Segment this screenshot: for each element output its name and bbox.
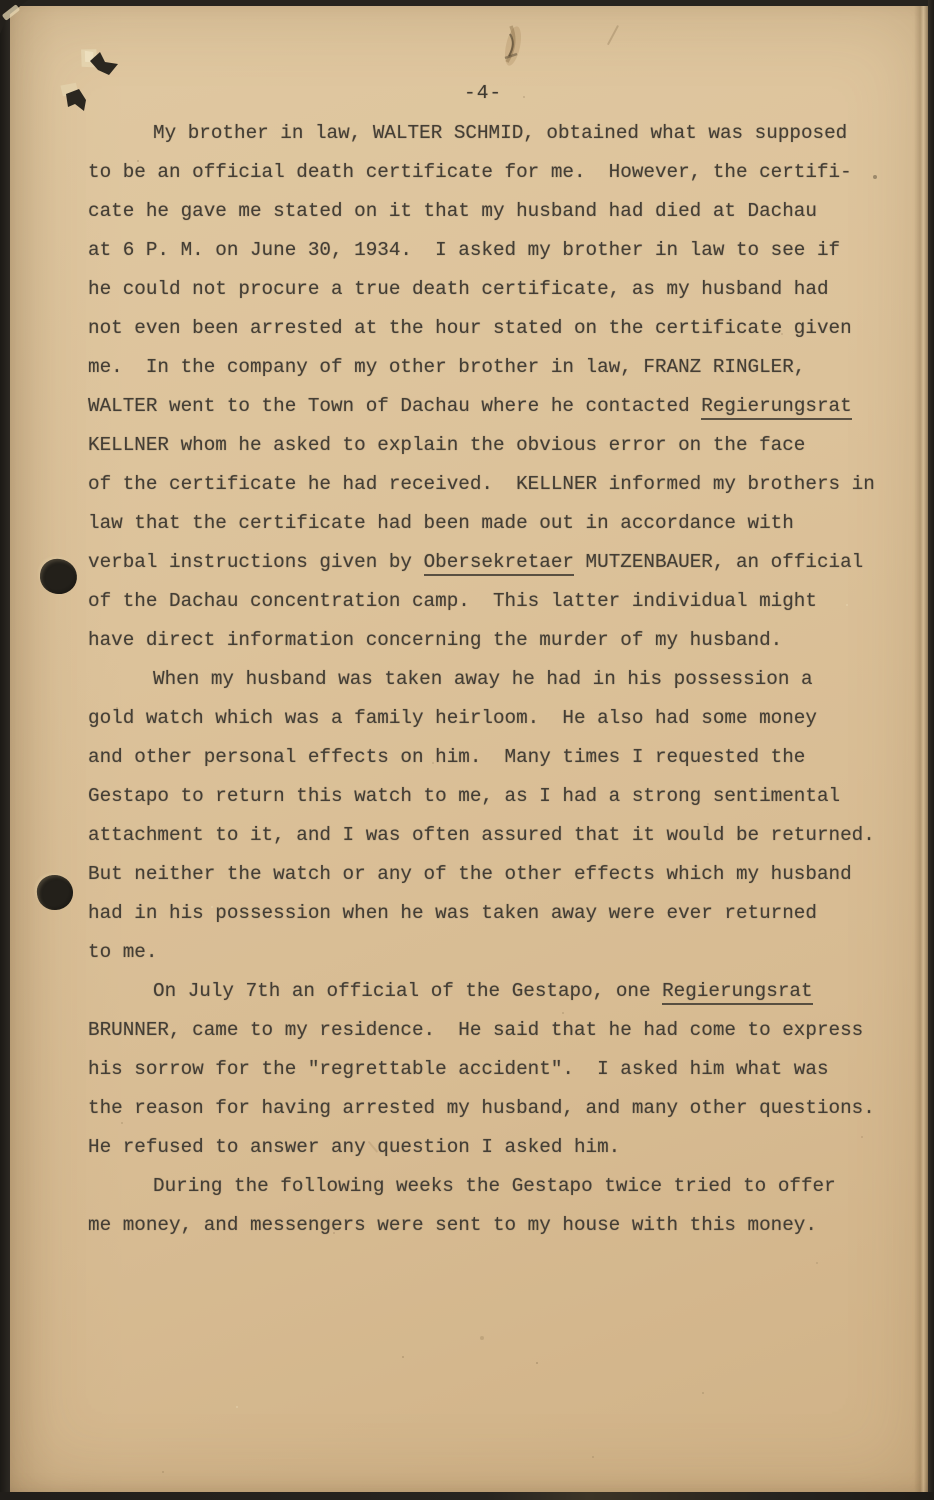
- text-segment: he could not procure a true death certif…: [88, 278, 829, 300]
- text-segment: Gestapo to return this watch to me, as I…: [88, 785, 840, 807]
- text-line: he could not procure a true death certif…: [88, 270, 888, 309]
- text-segment: MUTZENBAUER, an official: [574, 551, 863, 573]
- text-segment: me money, and messengers were sent to my…: [88, 1214, 817, 1236]
- text-line: me. In the company of my other brother i…: [88, 348, 888, 387]
- text-segment: gold watch which was a family heirloom. …: [88, 707, 817, 729]
- text-line: KELLNER whom he asked to explain the obv…: [88, 426, 888, 465]
- text-segment: cate he gave me stated on it that my hus…: [88, 200, 817, 222]
- text-segment: and other personal effects on him. Many …: [88, 746, 805, 768]
- underlined-term: Regierungsrat: [701, 395, 851, 420]
- text-segment: at 6 P. M. on June 30, 1934. I asked my …: [88, 239, 840, 261]
- document-text: My brother in law, WALTER SCHMID, obtain…: [88, 114, 888, 1245]
- text-segment: to me.: [88, 941, 157, 963]
- scan-edge-top: [0, 0, 934, 6]
- text-line: On July 7th an official of the Gestapo, …: [88, 972, 888, 1011]
- text-line: gold watch which was a family heirloom. …: [88, 699, 888, 738]
- page-number: -4-: [464, 82, 502, 104]
- text-segment: KELLNER whom he asked to explain the obv…: [88, 434, 805, 456]
- underlined-term: Obersekretaer: [424, 551, 574, 576]
- text-line: BRUNNER, came to my residence. He said t…: [88, 1011, 888, 1050]
- text-segment: to be an official death certificate for …: [88, 161, 852, 183]
- text-segment: the reason for having arrested my husban…: [88, 1097, 875, 1119]
- text-line: My brother in law, WALTER SCHMID, obtain…: [88, 114, 888, 153]
- text-line: of the Dachau concentration camp. This l…: [88, 582, 888, 621]
- text-line: During the following weeks the Gestapo t…: [88, 1167, 888, 1206]
- text-segment: had in his possession when he was taken …: [88, 902, 817, 924]
- text-line: and other personal effects on him. Many …: [88, 738, 888, 777]
- text-segment: BRUNNER, came to my residence. He said t…: [88, 1019, 863, 1041]
- staple-tear-marks: [55, 38, 125, 118]
- text-line: of the certificate he had received. KELL…: [88, 465, 888, 504]
- text-segment: On July 7th an official of the Gestapo, …: [153, 980, 662, 1002]
- text-line: He refused to answer any question I aske…: [88, 1128, 888, 1167]
- text-line: his sorrow for the "regrettable accident…: [88, 1050, 888, 1089]
- text-line: the reason for having arrested my husban…: [88, 1089, 888, 1128]
- text-segment: My brother in law, WALTER SCHMID, obtain…: [153, 122, 847, 144]
- text-line: to be an official death certificate for …: [88, 153, 888, 192]
- right-page-edge-fold: [914, 0, 928, 1500]
- text-line: not even been arrested at the hour state…: [88, 309, 888, 348]
- scan-edge-bottom: [0, 1492, 934, 1500]
- text-segment: not even been arrested at the hour state…: [88, 317, 852, 339]
- text-segment: law that the certificate had been made o…: [88, 512, 794, 534]
- text-segment: WALTER went to the Town of Dachau where …: [88, 395, 701, 417]
- text-line: law that the certificate had been made o…: [88, 504, 888, 543]
- text-line: cate he gave me stated on it that my hus…: [88, 192, 888, 231]
- text-line: me money, and messengers were sent to my…: [88, 1206, 888, 1245]
- text-segment: When my husband was taken away he had in…: [153, 668, 813, 690]
- text-segment: But neither the watch or any of the othe…: [88, 863, 852, 885]
- scan-edge-right: [928, 0, 934, 1500]
- underlined-term: Regierungsrat: [662, 980, 812, 1005]
- text-line: When my husband was taken away he had in…: [88, 660, 888, 699]
- text-segment: He refused to answer any question I aske…: [88, 1136, 620, 1158]
- text-segment: me. In the company of my other brother i…: [88, 356, 805, 378]
- text-segment: his sorrow for the "regrettable accident…: [88, 1058, 829, 1080]
- text-segment: During the following weeks the Gestapo t…: [153, 1175, 836, 1197]
- text-segment: verbal instructions given by: [88, 551, 424, 573]
- text-line: at 6 P. M. on June 30, 1934. I asked my …: [88, 231, 888, 270]
- scan-edge-left: [0, 0, 10, 1500]
- text-line: attachment to it, and I was often assure…: [88, 816, 888, 855]
- text-segment: have direct information concerning the m…: [88, 629, 782, 651]
- text-segment: of the Dachau concentration camp. This l…: [88, 590, 817, 612]
- text-segment: of the certificate he had received. KELL…: [88, 473, 875, 495]
- text-line: have direct information concerning the m…: [88, 621, 888, 660]
- scanned-document-page: -4- My brother in law, WALTER SCHMID, ob…: [0, 0, 934, 1500]
- smudge-mark: [493, 14, 541, 76]
- text-line: had in his possession when he was taken …: [88, 894, 888, 933]
- text-line: verbal instructions given by Obersekreta…: [88, 543, 888, 582]
- text-line: WALTER went to the Town of Dachau where …: [88, 387, 888, 426]
- text-line: But neither the watch or any of the othe…: [88, 855, 888, 894]
- text-line: Gestapo to return this watch to me, as I…: [88, 777, 888, 816]
- text-segment: attachment to it, and I was often assure…: [88, 824, 875, 846]
- text-line: to me.: [88, 933, 888, 972]
